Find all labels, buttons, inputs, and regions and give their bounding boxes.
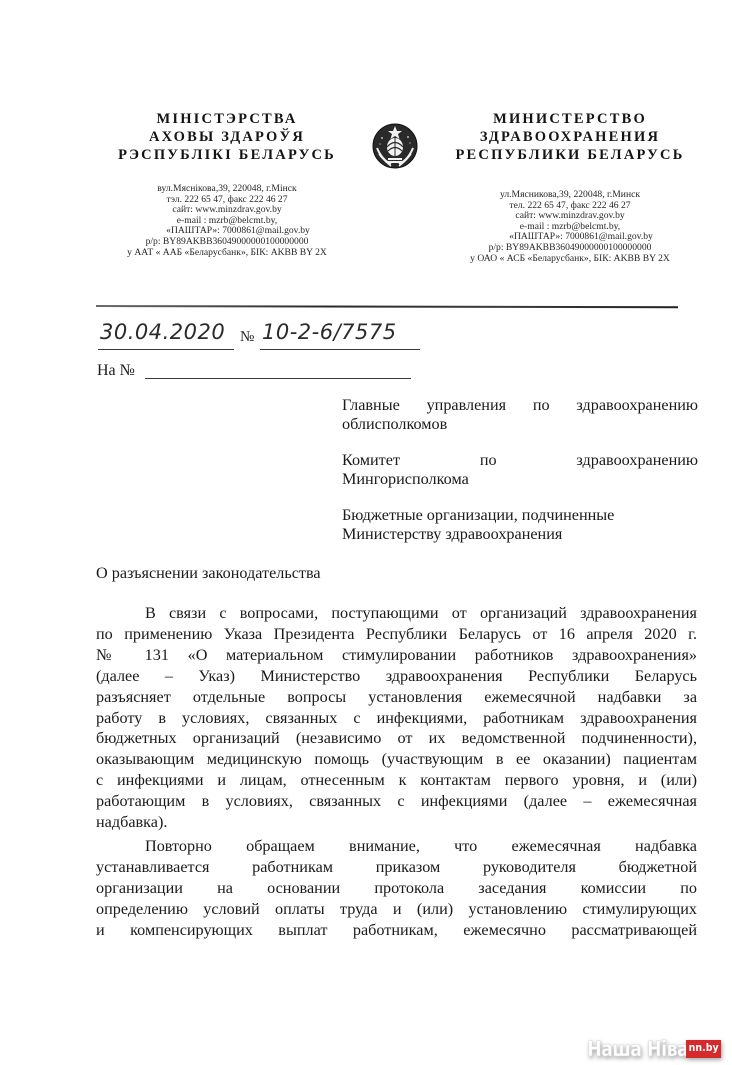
body-line: В связи с вопросами, поступающими от орг… [96, 603, 697, 624]
ministry-title-line: ЗДРАВООХРАНЕНИЯ [432, 128, 708, 146]
registration-row: 30.04.2020 № 10-2-6/7575 [98, 320, 438, 354]
body-line: № 131 «О материальном стимулировании раб… [96, 645, 697, 666]
contact-bank: у ОАО « АСБ «Беларусбанк», БІК: AKBB BY … [432, 254, 708, 265]
body-line: работу в условиях, связанных с инфекциям… [96, 708, 697, 729]
contact-bank-account: р/р: BY89AKBB36049000000100000000 [92, 237, 362, 248]
ministry-title-line: МИНИСТЕРСТВО [432, 110, 708, 128]
addressee-line: Бюджетные организации, подчиненные [342, 506, 698, 525]
contact-bank: у ААТ « ААБ «Беларусбанк», БІК: AKBB BY … [92, 248, 362, 259]
letter-subject: О разъяснении законодательства [96, 564, 321, 583]
nasha-niva-watermark: Наша Ніва nn.by [565, 1037, 724, 1061]
body-line: по применению Указа Президента Республик… [96, 624, 697, 645]
body-line: работающим в условиях, связанных с инфек… [96, 791, 697, 812]
letterhead-russian: МИНИСТЕРСТВО ЗДРАВООХРАНЕНИЯ РЕСПУБЛИКИ … [432, 110, 708, 264]
state-emblem-icon [368, 120, 422, 174]
letterhead-belarusian: МІНІСТЭРСТВА АХОВЫ ЗДАРОЎЯ РЭСПУБЛІКІ БЕ… [92, 110, 362, 258]
number-sign: № [240, 329, 254, 346]
body-line: Повторно обращаем внимание, что ежемесяч… [96, 836, 697, 857]
letterhead-divider [96, 305, 678, 308]
watermark-badge: nn.by [686, 1040, 721, 1058]
reply-to-label: На № [97, 362, 135, 380]
body-line: организации на основании протокола засед… [96, 878, 697, 899]
ministry-title-line: РЕСПУБЛИКИ БЕЛАРУСЬ [432, 146, 708, 164]
addressee-line: Мингорисполкома [342, 470, 698, 489]
ministry-title-line: РЭСПУБЛІКІ БЕЛАРУСЬ [92, 146, 362, 164]
addressee-line: облисполкомов [342, 415, 698, 434]
ministry-title-line: МІНІСТЭРСТВА [92, 110, 362, 128]
body-line: устанавливается работникам приказом руко… [96, 857, 697, 878]
contact-address: ул.Мясникова,39, 220048, г.Минск [432, 190, 708, 201]
addressee-block: Главные управления по здравоохранению об… [342, 396, 698, 561]
contact-bank-account: р/р: BY89AKBB36049000000100000000 [432, 243, 708, 254]
watermark-logo-text: Наша Ніва [587, 1037, 688, 1061]
date-underline [98, 349, 234, 350]
body-line: и компенсирующих выплат работникам, ежем… [96, 920, 697, 941]
addressee-line: Министерству здравоохранения [342, 525, 698, 544]
body-line: бюджетных организаций (независимо от их … [96, 728, 697, 749]
handwritten-date: 30.04.2020 [100, 320, 225, 344]
document-page: МІНІСТЭРСТВА АХОВЫ ЗДАРОЎЯ РЭСПУБЛІКІ БЕ… [0, 0, 732, 1065]
ministry-contacts: ул.Мясникова,39, 220048, г.Минск тел. 22… [432, 190, 708, 264]
body-line: разъясняет отдельные вопросы установлени… [96, 687, 697, 708]
addressee-line: Комитет по здравоохранению [342, 451, 698, 470]
addressee: Главные управления по здравоохранению об… [342, 396, 698, 433]
number-underline [260, 349, 420, 350]
body-line: с инфекциями и лицам, отнесенным к конта… [96, 770, 697, 791]
letter-body: В связи с вопросами, поступающими от орг… [96, 603, 697, 941]
handwritten-number: 10-2-6/7575 [262, 320, 397, 344]
addressee-line: Главные управления по здравоохранению [342, 396, 698, 415]
ministry-title-line: АХОВЫ ЗДАРОЎЯ [92, 128, 362, 146]
body-line: надбавка). [96, 812, 697, 833]
reply-to-blank-line [145, 378, 411, 379]
body-line: оказывающим медицинскую помощь (участвую… [96, 749, 697, 770]
addressee: Комитет по здравоохранению Мингорисполко… [342, 451, 698, 488]
body-line: (далее – Указ) Министерство здравоохране… [96, 666, 697, 687]
addressee: Бюджетные организации, подчиненные Минис… [342, 506, 698, 543]
contact-address: вул.Мясніковa,39, 220048, г.Мінск [92, 184, 362, 195]
body-line: определению условий оплаты труда и (или)… [96, 899, 697, 920]
ministry-contacts: вул.Мясніковa,39, 220048, г.Мінск тэл. 2… [92, 184, 362, 258]
